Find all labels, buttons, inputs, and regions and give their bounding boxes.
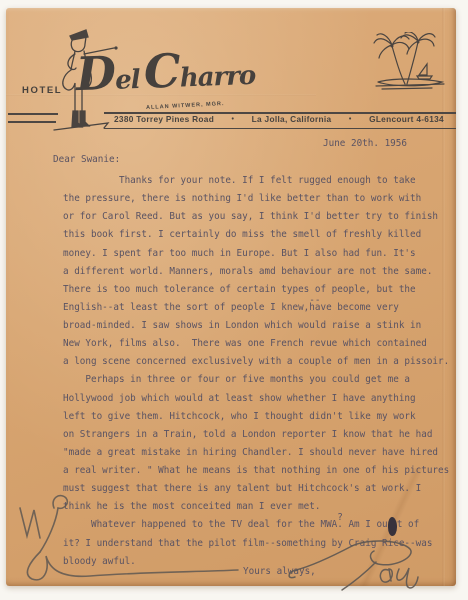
letter-paper: HOTEL Del Charro ALLAN WITWER, MGR. 2380… [6,8,456,586]
letter-line: this book first. I certainly do miss the… [63,226,455,244]
letter-line: broad-minded. I saw shows in London whic… [63,317,455,335]
signature [284,540,434,592]
address-rule-bottom [104,128,456,130]
letter-line: or for Carol Reed. But as you say, I thi… [63,208,455,226]
letter-line: Hollywood job which would at least show … [63,390,455,408]
letter-line: New York, films also. There was one Fren… [63,335,455,353]
letter-line: Thanks for your note. If I felt rugged e… [63,172,455,190]
letter-line: the pressure, there is nothing I'd like … [63,190,455,208]
manager-line: ALLAN WITWER, MGR. [146,101,225,111]
address-city: La Jolla, California [252,114,332,124]
hotel-name-initial-c: C [143,44,180,99]
palm-trees-illustration [372,32,450,94]
address-phone: GLencourt 4-6134 [369,114,444,124]
letter-line: money. I spent far too much in Europe. B… [63,245,455,263]
letter-line: a long scene concerned exclusively with … [63,353,455,371]
letter-line: Perhaps in three or four or five months … [63,371,455,389]
bullet-separator: • [349,116,352,123]
ink-blot-correction: gh [388,517,397,535]
bullet-separator: • [231,116,234,123]
letter-line: There is too much tolerance of certain t… [63,281,455,299]
date-line: June 20th. 1956 [323,138,407,149]
hotel-name-script: Del Charro [75,45,256,97]
letter-line: a different world. Manners, morals amd b… [63,263,455,281]
greeting-line: Dear Swanie: [53,154,120,165]
address-street: 2380 Torrey Pines Road [114,114,214,124]
letter-line: on Strangers in a Train, told a London r… [63,426,455,444]
address-row: 2380 Torrey Pines Road • La Jolla, Calif… [114,114,444,124]
letter-line: "made a great mistake in hiring Chandler… [63,444,455,462]
letter-line: left to give them. Hitchcock, who I thou… [63,408,455,426]
letter-line: English--at least the sort of people I k… [63,299,455,317]
hotel-name-initial-d: D [75,46,116,101]
letter-line: a real writer. " What he means is that n… [63,462,455,480]
pencil-scribble [10,492,250,588]
